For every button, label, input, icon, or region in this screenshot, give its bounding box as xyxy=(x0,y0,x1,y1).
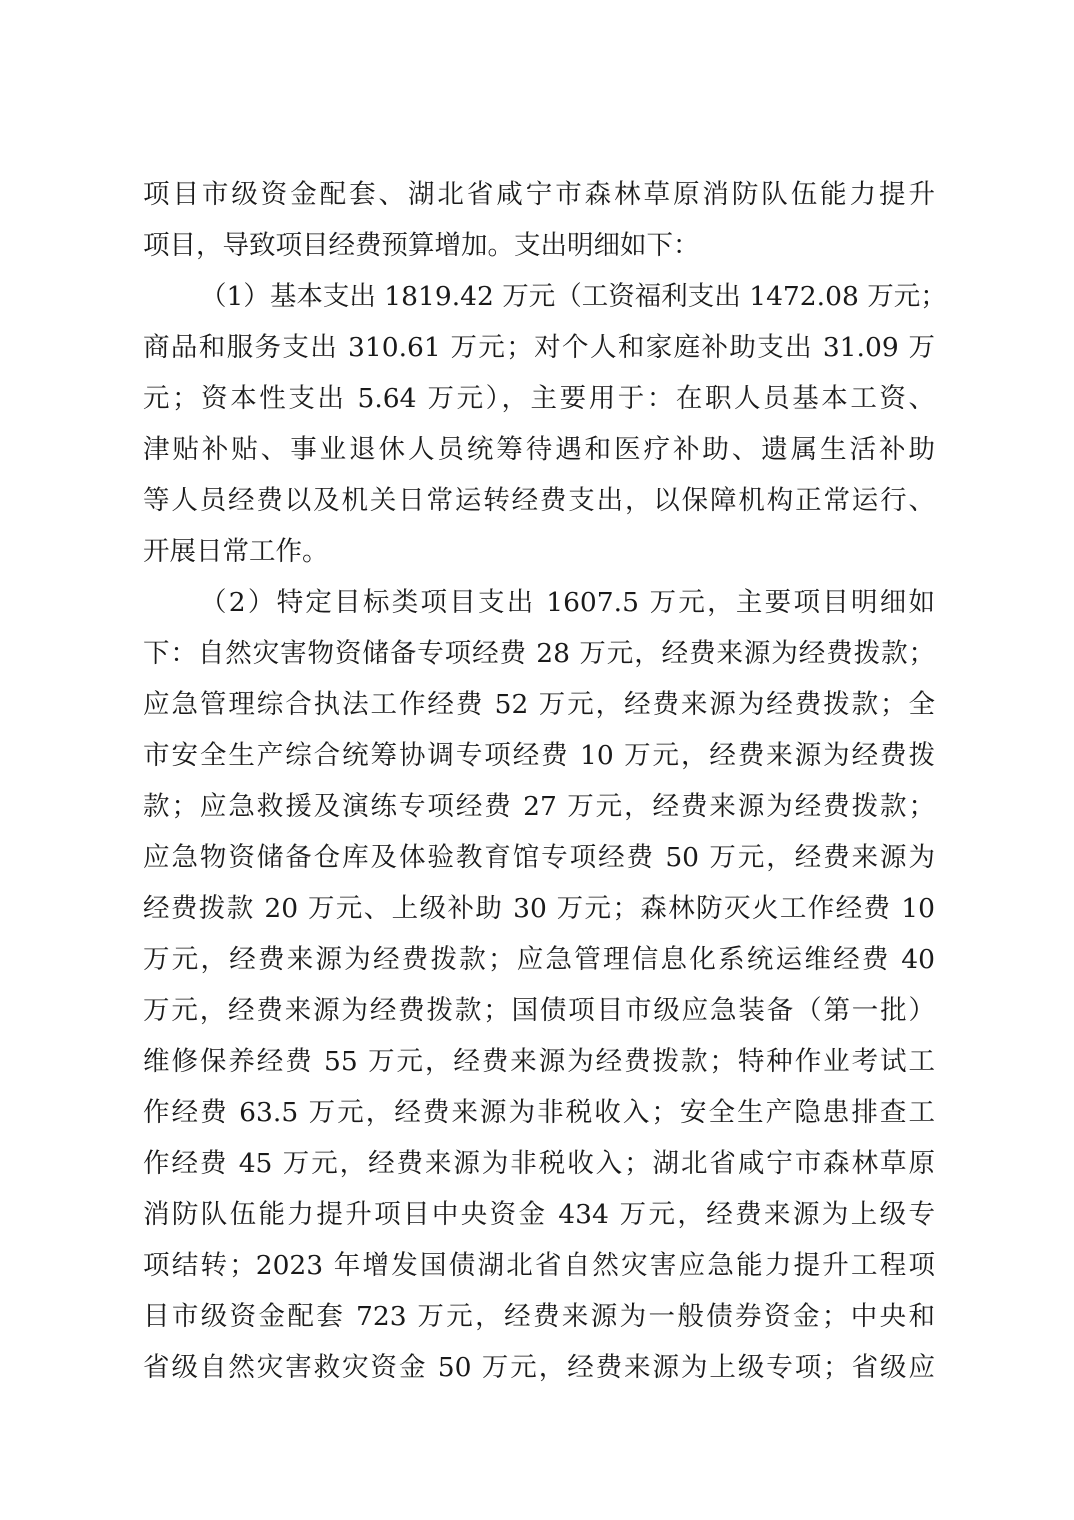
text-line: 应急物资储备仓库及体验教育馆专项经费 50 万元，经费来源为 xyxy=(143,838,935,878)
paragraph-2-start: （2）特定目标类项目支出 1607.5 万元，主要项目明细如 xyxy=(200,583,935,623)
text-line: 市安全生产综合统筹协调专项经费 10 万元，经费来源为经费拨 xyxy=(143,736,935,776)
text-line: 开展日常工作。 xyxy=(143,532,935,572)
text-line: 维修保养经费 55 万元，经费来源为经费拨款；特种作业考试工 xyxy=(143,1042,935,1082)
text-line: 下：自然灾害物资储备专项经费 28 万元，经费来源为经费拨款； xyxy=(143,634,935,674)
text-line: 省级自然灾害救灾资金 50 万元，经费来源为上级专项；省级应 xyxy=(143,1348,935,1388)
text-line: 万元，经费来源为经费拨款；国债项目市级应急装备（第一批） xyxy=(143,991,935,1031)
text-line: 元；资本性支出 5.64 万元），主要用于：在职人员基本工资、 xyxy=(143,379,935,419)
text-line: 作经费 63.5 万元，经费来源为非税收入；安全生产隐患排查工 xyxy=(143,1093,935,1133)
text-line: 款；应急救援及演练专项经费 27 万元，经费来源为经费拨款； xyxy=(143,787,935,827)
text-line: 项结转；2023 年增发国债湖北省自然灾害应急能力提升工程项 xyxy=(143,1246,935,1286)
text-line: 项目市级资金配套、湖北省咸宁市森林草原消防队伍能力提升 xyxy=(143,175,935,215)
text-line: 津贴补贴、事业退休人员统筹待遇和医疗补助、遗属生活补助 xyxy=(143,430,935,470)
text-line: 应急管理综合执法工作经费 52 万元，经费来源为经费拨款；全 xyxy=(143,685,935,725)
text-line: 等人员经费以及机关日常运转经费支出，以保障机构正常运行、 xyxy=(143,481,935,521)
text-line: 目市级资金配套 723 万元，经费来源为一般债券资金；中央和 xyxy=(143,1297,935,1337)
text-line: 项目，导致项目经费预算增加。支出明细如下： xyxy=(143,226,935,266)
text-line: 万元，经费来源为经费拨款；应急管理信息化系统运维经费 40 xyxy=(143,940,935,980)
text-line: 经费拨款 20 万元、上级补助 30 万元；森林防灭火工作经费 10 xyxy=(143,889,935,929)
document-page: 项目市级资金配套、湖北省咸宁市森林草原消防队伍能力提升 项目，导致项目经费预算增… xyxy=(0,0,1074,1520)
text-line: 消防队伍能力提升项目中央资金 434 万元，经费来源为上级专 xyxy=(143,1195,935,1235)
paragraph-1-start: （1）基本支出 1819.42 万元（工资福利支出 1472.08 万元； xyxy=(200,277,935,317)
text-line: 商品和服务支出 310.61 万元；对个人和家庭补助支出 31.09 万 xyxy=(143,328,935,368)
text-line: 作经费 45 万元，经费来源为非税收入；湖北省咸宁市森林草原 xyxy=(143,1144,935,1184)
